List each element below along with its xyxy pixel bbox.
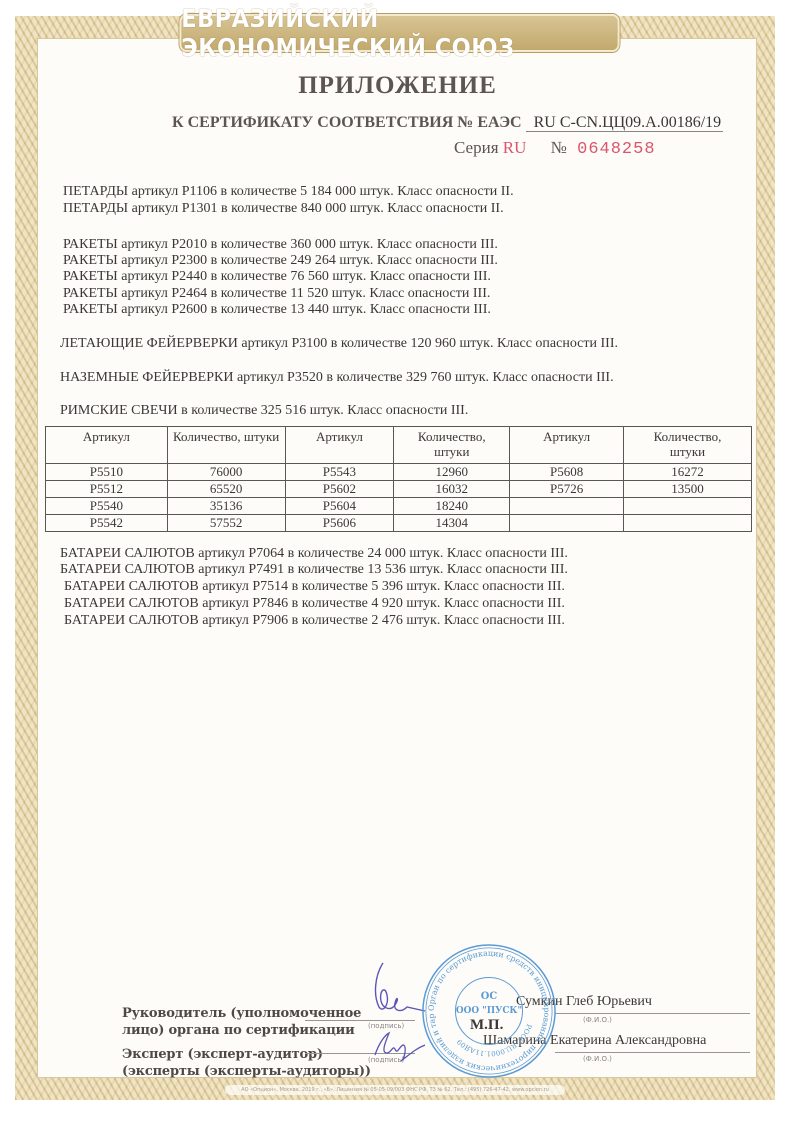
item-line-petard: ПЕТАРДЫ артикул Р1301 в количестве 840 0… — [63, 200, 504, 217]
eaeu-banner: ЕВРАЗИЙСКИЙ ЭКОНОМИЧЕСКИЙ СОЮЗ — [179, 14, 619, 52]
item-line-battery: БАТАРЕИ САЛЮТОВ артикул Р7514 в количест… — [64, 578, 565, 595]
item-line-rocket: РАКЕТЫ артикул Р2600 в количестве 13 440… — [63, 301, 491, 318]
table-row: Р554257552Р560614304 — [46, 515, 752, 532]
seal-center-org: ООО "ПУСК" — [456, 1006, 522, 1016]
column-header: Количество, штуки — [394, 427, 510, 464]
head-fio-line — [555, 1013, 750, 1014]
column-header: Артикул — [46, 427, 168, 464]
document-title: ПРИЛОЖЕНИЕ — [0, 72, 795, 100]
article-cell: Р5726 — [510, 481, 624, 498]
form-series: Серия RU № 0648258 — [454, 138, 656, 159]
quantity-cell: 35136 — [167, 498, 285, 515]
expert-signatory-label: Эксперт (эксперт-аудитор) (эксперты (экс… — [122, 1046, 371, 1080]
number-sign: № — [551, 138, 567, 157]
article-cell: Р5543 — [285, 464, 394, 481]
head-signatory-label: Руководитель (уполномоченное лицо) орган… — [122, 1005, 361, 1039]
form-number: 0648258 — [577, 140, 655, 159]
seal-mp-label: М.П. — [470, 1017, 503, 1034]
roman-candles-table: Артикул Количество, штуки Артикул Количе… — [45, 426, 752, 532]
certificate-number: RU C-CN.ЦЦ09.А.00186/19 — [526, 114, 724, 132]
item-line-battery: БАТАРЕИ САЛЮТОВ артикул Р7846 в количест… — [64, 595, 565, 612]
quantity-cell — [624, 515, 752, 532]
quantity-cell — [624, 498, 752, 515]
quantity-cell: 12960 — [394, 464, 510, 481]
printer-imprint: АО «Опцион», Москва, 2019 г., «Б», Лицен… — [225, 1085, 565, 1095]
quantity-cell: 16032 — [394, 481, 510, 498]
item-line-roman-candles: РИМСКИЕ СВЕЧИ в количестве 325 516 штук.… — [60, 402, 468, 419]
item-line-battery: БАТАРЕИ САЛЮТОВ артикул Р7064 в количест… — [60, 545, 568, 562]
table-row: Р551076000Р554312960Р560816272 — [46, 464, 752, 481]
table-row: Р551265520Р560216032Р572613500 — [46, 481, 752, 498]
quantity-cell: 16272 — [624, 464, 752, 481]
article-cell: Р5540 — [46, 498, 168, 515]
item-line-rocket: РАКЕТЫ артикул Р2300 в количестве 249 26… — [63, 252, 498, 269]
seal-center-os: ОС — [481, 991, 498, 1002]
column-header: Артикул — [285, 427, 394, 464]
article-cell: Р5606 — [285, 515, 394, 532]
column-header: Количество, штуки — [167, 427, 285, 464]
series-value: RU — [503, 138, 527, 157]
article-cell: Р5510 — [46, 464, 168, 481]
quantity-cell: 57552 — [167, 515, 285, 532]
organization-seal: Орган по сертификации средств инициирова… — [420, 942, 558, 1080]
head-fio-caption: (Ф.И.О.) — [583, 1016, 612, 1024]
article-cell: Р5542 — [46, 515, 168, 532]
article-cell: Р5512 — [46, 481, 168, 498]
expert-label-line: Эксперт (эксперт-аудитор) — [122, 1046, 371, 1063]
quantity-cell: 13500 — [624, 481, 752, 498]
certificate-label: К СЕРТИФИКАТУ СООТВЕТСТВИЯ № ЕАЭС — [172, 114, 522, 131]
item-line-battery: БАТАРЕИ САЛЮТОВ артикул Р7906 в количест… — [64, 612, 565, 629]
expert-label-line: (эксперты (эксперты-аудиторы)) — [122, 1063, 371, 1080]
expert-fio-line — [555, 1052, 750, 1053]
item-line-rocket: РАКЕТЫ артикул Р2010 в количестве 360 00… — [63, 236, 498, 253]
column-header: Артикул — [510, 427, 624, 464]
item-line-flying-fireworks: ЛЕТАЮЩИЕ ФЕЙЕРВЕРКИ артикул Р3100 в коли… — [60, 335, 618, 352]
article-cell — [510, 515, 624, 532]
certificate-reference: К СЕРТИФИКАТУ СООТВЕТСТВИЯ № ЕАЭСRU C-CN… — [172, 114, 723, 132]
expert-fio-caption: (Ф.И.О.) — [583, 1055, 612, 1063]
article-cell: Р5604 — [285, 498, 394, 515]
article-cell — [510, 498, 624, 515]
item-line-petard: ПЕТАРДЫ артикул Р1106 в количестве 5 184… — [63, 183, 514, 200]
quantity-cell: 76000 — [167, 464, 285, 481]
quantity-cell: 18240 — [394, 498, 510, 515]
table-row: Р554035136Р560418240 — [46, 498, 752, 515]
article-cell: Р5602 — [285, 481, 394, 498]
item-line-rocket: РАКЕТЫ артикул Р2464 в количестве 11 520… — [63, 285, 490, 302]
head-label-line: лицо) органа по сертификации — [122, 1022, 361, 1039]
quantity-cell: 14304 — [394, 515, 510, 532]
column-header: Количество, штуки — [624, 427, 752, 464]
item-line-rocket: РАКЕТЫ артикул Р2440 в количестве 76 560… — [63, 268, 491, 285]
item-line-ground-fireworks: НАЗЕМНЫЕ ФЕЙЕРВЕРКИ артикул Р3520 в коли… — [60, 369, 614, 386]
item-line-battery: БАТАРЕИ САЛЮТОВ артикул Р7491 в количест… — [60, 561, 568, 578]
quantity-cell: 65520 — [167, 481, 285, 498]
table-header-row: Артикул Количество, штуки Артикул Количе… — [46, 427, 752, 464]
article-cell: Р5608 — [510, 464, 624, 481]
series-label: Серия — [454, 138, 499, 157]
